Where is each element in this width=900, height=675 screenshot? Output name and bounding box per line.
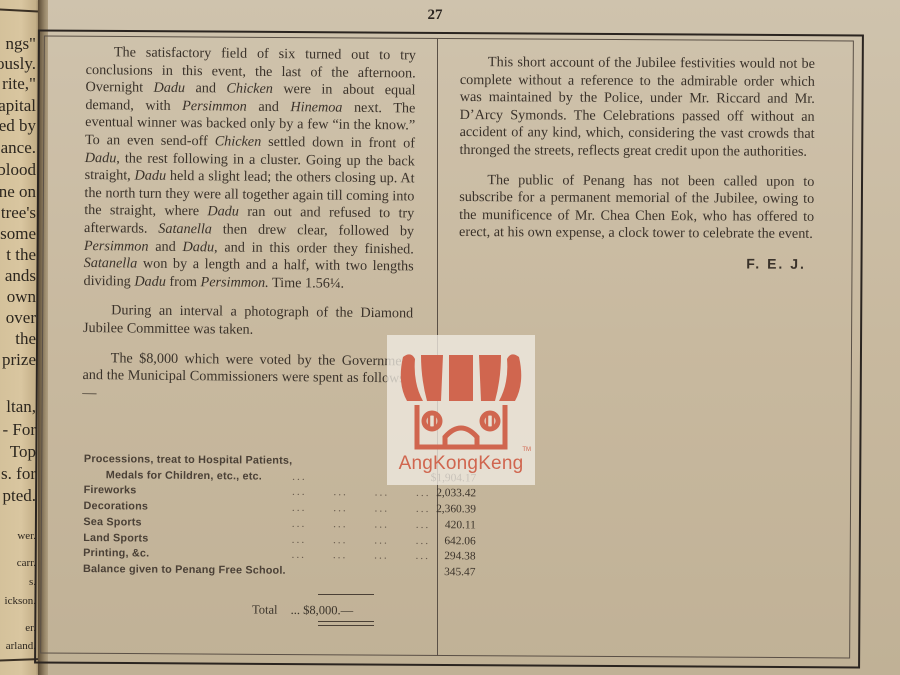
horse-name: Satanella [158, 221, 212, 238]
expense-leader-dots: ... ... ... ... [292, 532, 431, 549]
horse-name: Satanella [84, 255, 138, 272]
expense-label: Fireworks [84, 483, 293, 501]
expense-amount: 420.11 [430, 518, 476, 534]
expenditure-intro-paragraph: The $8,000 which were voted by the Gover… [82, 349, 413, 405]
left-page-fragment: ously. [0, 54, 36, 74]
left-page-fragment: arland. [6, 640, 36, 652]
expense-label: Medals for Children, etc., etc. [84, 468, 293, 486]
horse-name: Persimmon [182, 98, 247, 115]
expense-amount: 642.06 [430, 534, 476, 550]
left-page-bottom-rule [0, 658, 38, 662]
signature: F. E. J. [459, 254, 806, 273]
left-page-fragment: t the [6, 245, 36, 265]
expense-leader-dots: ... ... ... ... [292, 517, 431, 534]
expense-label: Printing, &c. [83, 546, 292, 564]
house-logo-icon [397, 343, 525, 455]
left-page-fragment: tree's [1, 203, 36, 223]
horse-name: Dadu [134, 273, 166, 289]
horse-name: Dadu [153, 80, 185, 96]
left-page-fragment: own [7, 287, 36, 307]
expense-leader-dots: ... ... ... ... [292, 501, 431, 518]
photograph-paragraph: During an interval a photograph of the D… [83, 302, 413, 341]
left-page-top-rule [0, 8, 38, 13]
left-page-fragment: s. for [1, 464, 36, 484]
horse-name: Chicken [226, 81, 273, 97]
expense-label: Processions, treat to Hospital Patients, [84, 452, 293, 470]
police-paragraph: This short account of the Jubilee festiv… [459, 54, 815, 161]
horse-name: Persimmon. [200, 274, 268, 291]
expense-label: Decorations [83, 499, 292, 517]
left-page-fragment: over [6, 308, 36, 328]
left-page-fragment: Top [10, 442, 36, 462]
expense-amount: 2,360.39 [430, 502, 476, 518]
horse-name: Chicken [215, 133, 262, 149]
left-page-fragment: - For [2, 420, 36, 440]
expense-leader-dots: ... ... ... ... [291, 548, 430, 565]
watermark-text: AngKongKeng [387, 453, 535, 475]
total-double-rule-2 [318, 625, 374, 626]
left-page-fragment: ickson. [5, 595, 36, 607]
left-page-fragment: ltan, [6, 397, 36, 417]
left-page-fragment: ands [5, 266, 36, 286]
left-page-fragment: ance. [1, 138, 36, 158]
expense-leader-dots [291, 564, 430, 581]
expense-amount: 2,033.42 [430, 486, 476, 502]
total-amount: $8,000.— [303, 603, 353, 617]
expense-label: Balance given to Penang Free School. [83, 562, 292, 580]
expense-label: Land Sports [83, 531, 292, 549]
left-page-fragment: wer. [17, 530, 36, 542]
race-report-paragraph: The satisfactory field of six turned out… [83, 44, 416, 294]
left-page-fragment: rite," [2, 74, 36, 94]
total-label: Total [252, 603, 278, 617]
left-column: The satisfactory field of six turned out… [82, 44, 416, 418]
total-row: Total ... $8,000.— [252, 603, 353, 619]
angkongkeng-watermark: AngKongKeng TM [387, 335, 535, 485]
total-dots: ... [291, 603, 300, 617]
left-page-fragment: apital [0, 96, 36, 116]
horse-name: Dadu [182, 239, 214, 255]
left-page-fragment: blood [0, 160, 36, 180]
horse-name: Hinemoa [290, 99, 342, 116]
memorial-paragraph: The public of Penang has not been called… [459, 172, 814, 244]
horse-name: Dadu [85, 150, 117, 166]
subtotal-rule [318, 594, 374, 595]
right-column: This short account of the Jubilee festiv… [459, 54, 815, 273]
left-page-fragment: some [0, 224, 36, 244]
left-page-fragment: ed by [0, 116, 36, 136]
expense-leader-dots: ... ... ... ... [292, 485, 431, 502]
expense-amount: 294.38 [430, 549, 476, 565]
expense-amount: 345.47 [430, 565, 476, 581]
page-number: 27 [425, 7, 445, 24]
horse-name: Dadu [207, 204, 239, 220]
left-page-fragment: prize [2, 350, 36, 370]
total-double-rule-1 [318, 621, 374, 622]
left-page-fragment: ne on [0, 182, 36, 202]
left-page-fragment: the [15, 329, 36, 349]
horse-name: Persimmon [84, 238, 149, 255]
left-page-fragment: ngs" [5, 34, 36, 54]
left-page-fragment: pted. [2, 486, 36, 506]
left-page-fragment: carr. [17, 557, 36, 569]
trademark-mark: TM [522, 447, 531, 453]
expense-label: Sea Sports [83, 515, 292, 533]
horse-name: Dadu [134, 168, 166, 184]
